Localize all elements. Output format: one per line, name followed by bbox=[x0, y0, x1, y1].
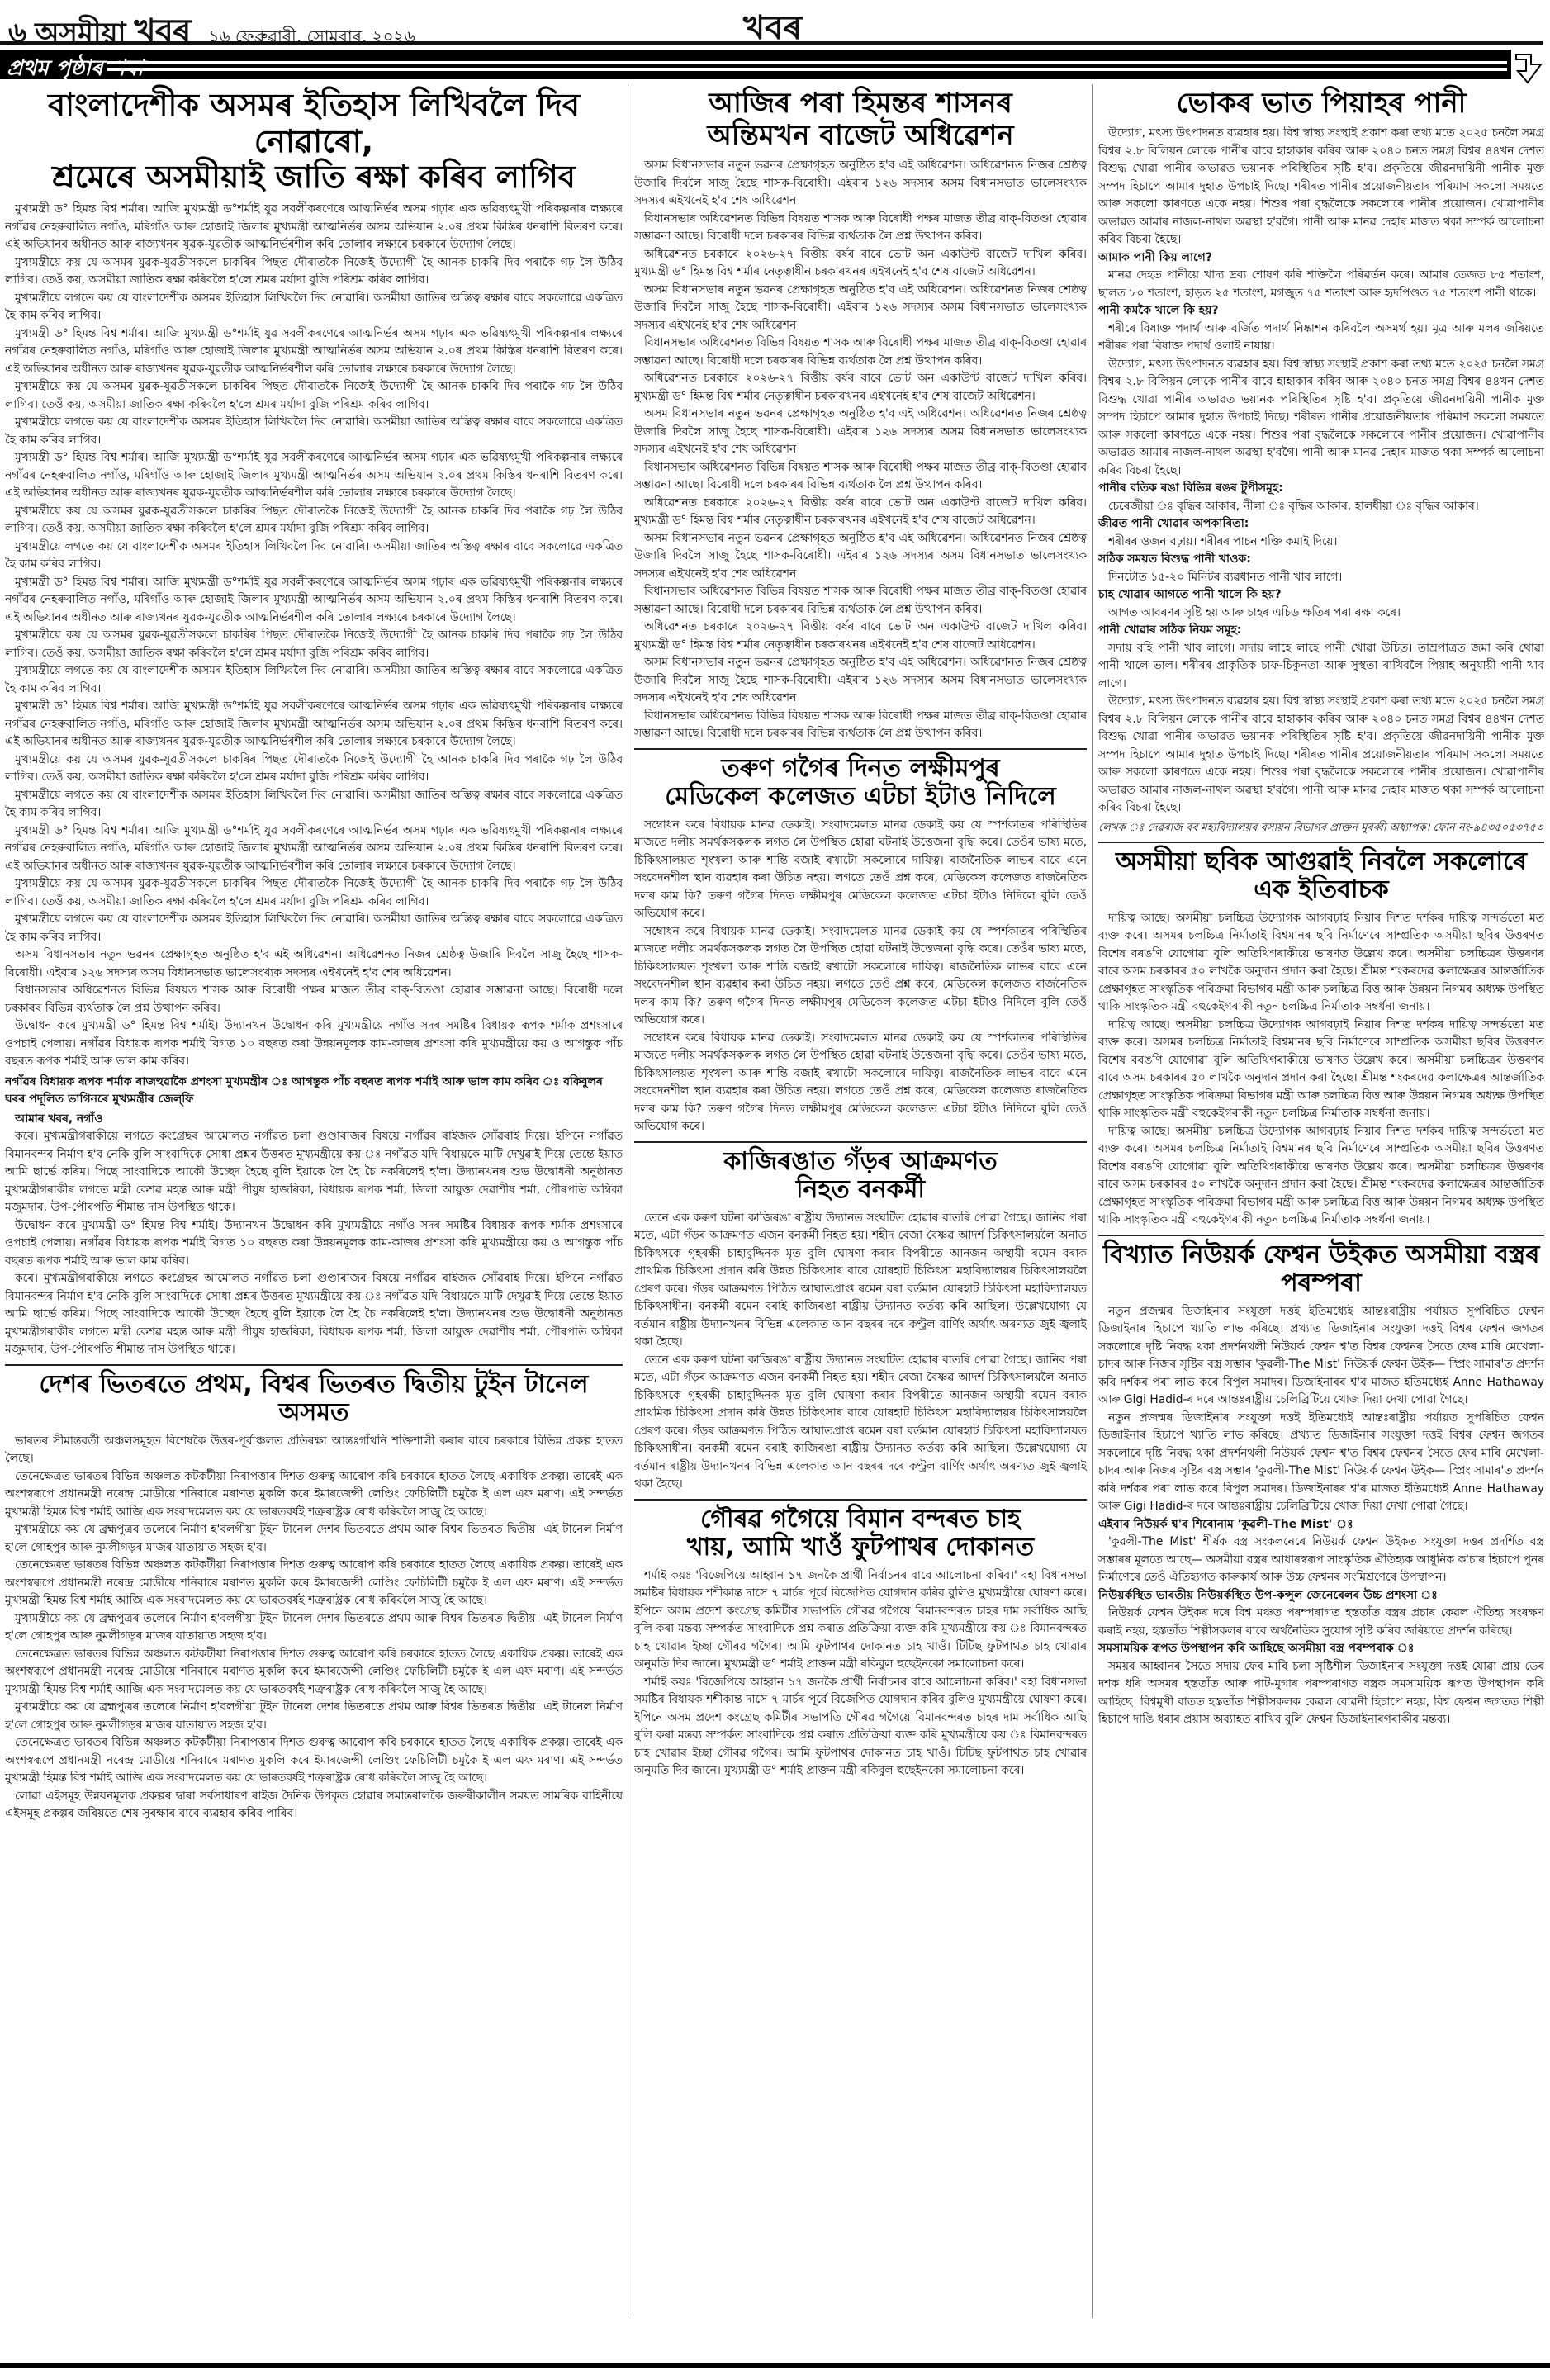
article-body: সম্বোধন কৰে বিধায়ক মানৱ ডেকাই। সংবাদমেল… bbox=[634, 817, 1087, 1136]
footer-divider bbox=[0, 2363, 1550, 2368]
author-note: লেখক ঃ দেৱৰাজ বৰ মহাবিদ্যালয়ৰ ৰসায়ন বি… bbox=[1098, 819, 1544, 837]
article-lead-heading: নগাঁৱৰ বিধায়ক ৰূপক শৰ্মাক ৰাজহুৱাকৈ প্ৰ… bbox=[5, 1074, 623, 1108]
article-divider bbox=[1098, 842, 1544, 843]
article-headline: কাজিৰঙাত গঁড়ৰ আক্ৰমণত নিহত বনকৰ্মী bbox=[634, 1148, 1087, 1205]
article-lakhimpur-medical: তৰুণ গগৈৰ দিনত লক্ষীমপুৰ মেডিকেল কলেজত এ… bbox=[634, 755, 1087, 1136]
publication-date: ১৬ ফেব্ৰুৱাৰী, সোমবাৰ, ২০২৬ bbox=[209, 25, 415, 52]
article-headline: আজিৰ পৰা হিমন্তৰ শাসনৰ অন্তিমখন বাজেট অধ… bbox=[634, 88, 1087, 152]
column-left: বাংলাদেশীক অসমৰ ইতিহাস লিখিবলৈ দিব নোৱাৰ… bbox=[5, 84, 623, 2318]
article-body: তেনে এক কৰুণ ঘটনা কাজিৰঙা ৰাষ্ট্ৰীয় উদ্… bbox=[634, 1210, 1087, 1494]
article-divider bbox=[634, 1141, 1087, 1143]
dateline: আমাৰ খবৰ, নগাঁও bbox=[15, 1112, 102, 1126]
column-right: ভোকৰ ভাত পিয়াহৰ পানী উদ্যোগ, মৎস্য উৎপা… bbox=[1098, 84, 1544, 2318]
arrow-down-right-icon bbox=[1513, 48, 1546, 86]
article-budget-session: আজিৰ পৰা হিমন্তৰ শাসনৰ অন্তিমখন বাজেট অধ… bbox=[634, 88, 1087, 743]
column-divider bbox=[628, 84, 628, 2318]
article-water: ভোকৰ ভাত পিয়াহৰ পানী উদ্যোগ, মৎস্য উৎপা… bbox=[1098, 88, 1544, 837]
article-divider bbox=[1098, 1235, 1544, 1236]
article-body: ভাৰতৰ সীমান্তবৰ্তী অঞ্চলসমূহত বিশেষকৈ উত… bbox=[5, 1433, 623, 1823]
article-divider bbox=[5, 1364, 623, 1366]
article-body: দায়িত্ব আছে। অসমীয়া চলচ্চিত্ৰ উদ্যোগক … bbox=[1098, 910, 1544, 1230]
column-divider bbox=[1092, 84, 1093, 2318]
article-headline: বাংলাদেশীক অসমৰ ইতিহাস লিখিবলৈ দিব নোৱাৰ… bbox=[5, 88, 623, 196]
article-new-york-fashion: বিখ্যাত নিউয়ৰ্ক ফেশ্বন উইকত অসমীয়া বস্… bbox=[1098, 1241, 1544, 1729]
article-body: অসম বিধানসভাৰ নতুন ভৱনৰ প্ৰেক্ষাগৃহত অনু… bbox=[634, 157, 1087, 743]
article-divider bbox=[634, 748, 1087, 750]
article-headline: বিখ্যাত নিউয়ৰ্ক ফেশ্বন উইকত অসমীয়া বস্… bbox=[1098, 1241, 1544, 1298]
article-body: মুখ্যমন্ত্ৰী ড° হিমন্ত বিশ্ব শৰ্মাৰ। আজি… bbox=[5, 201, 623, 1017]
article-gaurav-gogoi-tea: গৌৰৱ গগৈয়ে বিমান বন্দৰত চাহ খায়, আমি খ… bbox=[634, 1505, 1087, 1780]
article-body: আমাৰ খবৰ, নগাঁও কৰে। মুখ্যমন্ত্ৰীগৰাকীয়… bbox=[5, 1111, 623, 1359]
section-title: খবৰ bbox=[743, 2, 802, 57]
article-headline: অসমীয়া ছবিক আগুৱাই নিবলৈ সকলোৰে এক ইতিব… bbox=[1098, 848, 1544, 905]
article-headline: তৰুণ গগৈৰ দিনত লক্ষীমপুৰ মেডিকেল কলেজত এ… bbox=[634, 755, 1087, 812]
article-body: নতুন প্ৰজন্মৰ ডিজাইনাৰ সংযুক্তা দত্তই ইত… bbox=[1098, 1303, 1544, 1729]
article-assamese-cinema: অসমীয়া ছবিক আগুৱাই নিবলৈ সকলোৰে এক ইতিব… bbox=[1098, 848, 1544, 1230]
article-nagaon-park: উদ্বোধন কৰে মুখ্যমন্ত্ৰী ড° হিমন্ত বিশ্ব… bbox=[5, 1017, 623, 1359]
article-body: উদ্যোগ, মৎস্য উৎপাদনত ব্যৱহাৰ হয়। বিশ্ব… bbox=[1098, 125, 1544, 818]
article-bangladeshi-history: বাংলাদেশীক অসমৰ ইতিহাস লিখিবলৈ দিব নোৱাৰ… bbox=[5, 88, 623, 1017]
column-middle: আজিৰ পৰা হিমন্তৰ শাসনৰ অন্তিমখন বাজেট অধ… bbox=[634, 84, 1087, 2318]
article-headline: গৌৰৱ গগৈয়ে বিমান বন্দৰত চাহ খায়, আমি খ… bbox=[634, 1505, 1087, 1562]
section-bar: প্ৰথম পৃষ্ঠাৰ পৰা bbox=[0, 50, 1511, 79]
section-bar-inner bbox=[107, 61, 1507, 71]
masthead: ৬ অসমীয়া খবৰ ১৬ ফেব্ৰুৱাৰী, সোমবাৰ, ২০২… bbox=[0, 0, 1550, 43]
article-kaziranga-rhino: কাজিৰঙাত গঁড়ৰ আক্ৰমণত নিহত বনকৰ্মী তেনে… bbox=[634, 1148, 1087, 1494]
article-headline: ভোকৰ ভাত পিয়াহৰ পানী bbox=[1098, 88, 1544, 120]
article-divider bbox=[634, 1499, 1087, 1501]
masthead-divider bbox=[0, 41, 1543, 45]
article-body: শৰ্মাই কয়ঃ 'বিজেপিয়ে আহ্বান ১৭ জনকৈ প্… bbox=[634, 1567, 1087, 1780]
article-headline: দেশৰ ভিতৰতে প্ৰথম, বিশ্বৰ ভিতৰত দ্বিতীয়… bbox=[5, 1371, 623, 1428]
article-twin-tunnel: দেশৰ ভিতৰতে প্ৰথম, বিশ্বৰ ভিতৰত দ্বিতীয়… bbox=[5, 1371, 623, 1823]
